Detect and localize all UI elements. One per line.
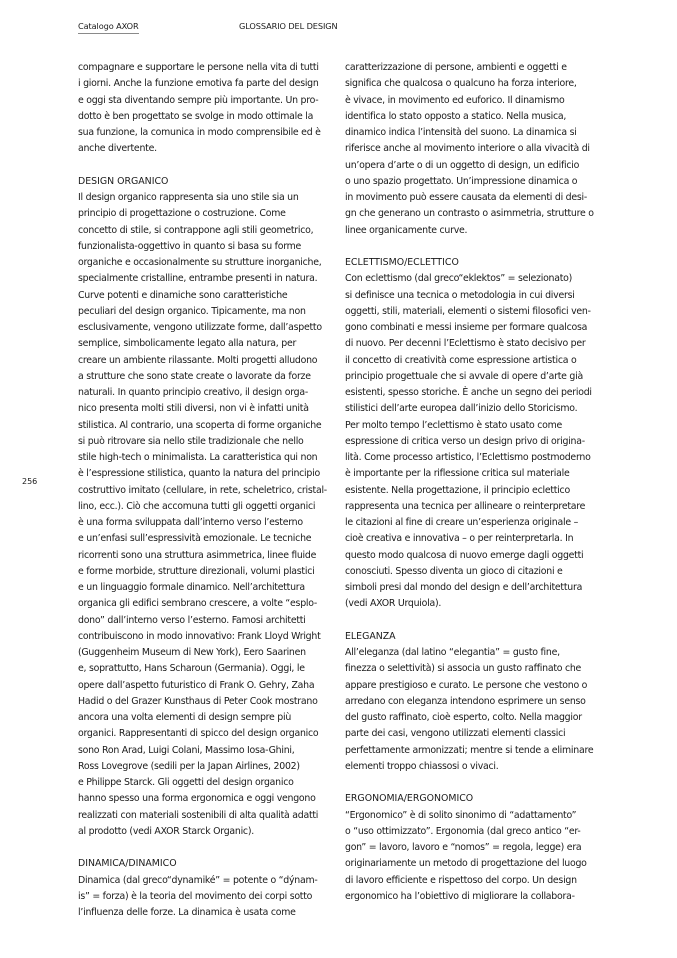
- text-line: espressione di critica verso un design p…: [345, 434, 610, 450]
- text-line: sua funzione, la comunica in modo compre…: [78, 125, 340, 141]
- paragraph-eleganza: All’eleganza (dal latino “elegantia” = g…: [345, 645, 610, 775]
- text-line: gn che generano un contrasto o asimmetri…: [345, 206, 610, 222]
- text-line: organici. Rappresentanti di spicco del d…: [78, 726, 340, 742]
- paragraph-dinamica-continued: caratterizzazione di persone, ambienti e…: [345, 60, 610, 239]
- page-number: 256: [22, 476, 37, 487]
- text-line: elementi troppo chiassosi o vivaci.: [345, 759, 610, 775]
- text-line: ancora una volta elementi di design semp…: [78, 710, 340, 726]
- text-line: è l’espressione stilistica, quanto la na…: [78, 466, 340, 482]
- text-line: organiche e occasionalmente su strutture…: [78, 255, 340, 271]
- text-line: un’opera d’arte o di un oggetto di desig…: [345, 158, 610, 174]
- text-line: conosciuti. Spesso diventa un gioco di c…: [345, 564, 610, 580]
- text-line: oggetti, stili, materiali, elementi o si…: [345, 304, 610, 320]
- text-line: e un’enfasi sull’espressività emozionale…: [78, 531, 340, 547]
- text-line: naturali. In quanto principio creativo, …: [78, 385, 340, 401]
- left-column: compagnare e supportare le persone nella…: [78, 60, 340, 921]
- text-line: arredano con eleganza intendono esprimer…: [345, 694, 610, 710]
- text-line: stilistica. Al contrario, una scoperta d…: [78, 418, 340, 434]
- paragraph-design-organico: Il design organico rappresenta sia uno s…: [78, 190, 340, 840]
- text-line: e un linguaggio formale dinamico. Nell’a…: [78, 580, 340, 596]
- text-line: is” = forza) è la teoria del movimento d…: [78, 889, 340, 905]
- text-line: (vedi AXOR Urquiola).: [345, 596, 610, 612]
- text-line: in movimento può essere causata da eleme…: [345, 190, 610, 206]
- text-line: hanno spesso una forma ergonomica e oggi…: [78, 791, 340, 807]
- text-line: sono Ron Arad, Luigi Colani, Massimo Ios…: [78, 743, 340, 759]
- text-line: del gusto raffinato, cioè esperto, colto…: [345, 710, 610, 726]
- text-line: Curve potenti e dinamiche sono caratteri…: [78, 288, 340, 304]
- right-column: caratterizzazione di persone, ambienti e…: [345, 60, 610, 905]
- text-line: lità. Come processo artistico, l’Ecletti…: [345, 450, 610, 466]
- text-line: e forme morbide, strutture direzionali, …: [78, 564, 340, 580]
- text-line: nico presenta molti stili diversi, non v…: [78, 401, 340, 417]
- text-line: specialmente cristalline, entrambe prese…: [78, 271, 340, 287]
- heading-eleganza: ELEGANZA: [345, 629, 610, 645]
- text-line: Con eclettismo (dal greco“eklektos” = se…: [345, 271, 610, 287]
- heading-eclettismo: ECLETTISMO/ECLETTICO: [345, 255, 610, 271]
- text-line: di nuovo. Per decenni l’Eclettismo è sta…: [345, 336, 610, 352]
- text-line: contribuiscono in modo innovativo: Frank…: [78, 629, 340, 645]
- text-line: opere dall’aspetto futuristico di Frank …: [78, 678, 340, 694]
- text-line: principio di progettazione o costruzione…: [78, 206, 340, 222]
- section-title: GLOSSARIO DEL DESIGN: [239, 21, 338, 32]
- text-line: rappresenta una tecnica per allineare o …: [345, 499, 610, 515]
- text-line: compagnare e supportare le persone nella…: [78, 60, 340, 76]
- text-line: anche divertente.: [78, 141, 340, 157]
- text-line: creare un ambiente rilassante. Molti pro…: [78, 353, 340, 369]
- text-line: linee organicamente curve.: [345, 223, 610, 239]
- text-line: funzionalista-oggettivo in quanto si bas…: [78, 239, 340, 255]
- text-line: dinamico indica l’intensità del suono. L…: [345, 125, 610, 141]
- text-line: esistenti, spesso storiche. È anche un s…: [345, 385, 610, 401]
- text-line: a strutture che sono state create o lavo…: [78, 369, 340, 385]
- text-line: All’eleganza (dal latino “elegantia” = g…: [345, 645, 610, 661]
- text-line: ergonomico ha l’obiettivo di migliorare …: [345, 889, 610, 905]
- text-line: Ross Lovegrove (sedili per la Japan Airl…: [78, 759, 340, 775]
- text-line: realizzati con materiali sostenibili di …: [78, 808, 340, 824]
- text-line: l’influenza delle forze. La dinamica è u…: [78, 905, 340, 921]
- text-line: (Guggenheim Museum di New York), Eero Sa…: [78, 645, 340, 661]
- text-line: originariamente un metodo di progettazio…: [345, 856, 610, 872]
- text-line: costruttivo imitato (cellulare, in rete,…: [78, 483, 340, 499]
- text-line: stile high-tech o minimalista. La caratt…: [78, 450, 340, 466]
- text-line: al prodotto (vedi AXOR Starck Organic).: [78, 824, 340, 840]
- text-line: stilistici dell’arte europea dall’inizio…: [345, 401, 610, 417]
- text-line: riferisce anche al movimento interiore o…: [345, 141, 610, 157]
- text-line: è vivace, in movimento ed euforico. Il d…: [345, 93, 610, 109]
- paragraph-eclettismo: Con eclettismo (dal greco“eklektos” = se…: [345, 271, 610, 612]
- text-line: si definisce una tecnica o metodologia i…: [345, 288, 610, 304]
- text-line: le citazioni al fine di creare un’esperi…: [345, 515, 610, 531]
- text-line: gono combinati e messi insieme per forma…: [345, 320, 610, 336]
- text-line: dono” dall’interno verso l’esterno. Famo…: [78, 613, 340, 629]
- text-line: Per molto tempo l’eclettismo è stato usa…: [345, 418, 610, 434]
- text-line: parte dei casi, vengono utilizzati eleme…: [345, 726, 610, 742]
- text-line: esclusivamente, vengono utilizzate forme…: [78, 320, 340, 336]
- catalog-link[interactable]: Catalogo AXOR: [78, 21, 139, 34]
- text-line: principio progettuale che si avvale di o…: [345, 369, 610, 385]
- intro-paragraph: compagnare e supportare le persone nella…: [78, 60, 340, 158]
- text-line: concetto di stile, si contrappone agli s…: [78, 223, 340, 239]
- text-line: perfettamente armonizzati; mentre si ten…: [345, 743, 610, 759]
- text-line: o “uso ottimizzato”. Ergonomia (dal grec…: [345, 824, 610, 840]
- text-line: identifica lo stato opposto a statico. N…: [345, 109, 610, 125]
- text-line: i giorni. Anche la funzione emotiva fa p…: [78, 76, 340, 92]
- text-line: Dinamica (dal greco“dynamiké” = potente …: [78, 873, 340, 889]
- text-line: lino, ecc.). Ciò che accomuna tutti gli …: [78, 499, 340, 515]
- heading-ergonomia: ERGONOMIA/ERGONOMICO: [345, 791, 610, 807]
- text-line: è importante per la riflessione critica …: [345, 466, 610, 482]
- text-line: e oggi sta diventando sempre più importa…: [78, 93, 340, 109]
- text-line: questo modo qualcosa di nuovo emerge dag…: [345, 548, 610, 564]
- text-line: cioè creativa e innovativa – o per reint…: [345, 531, 610, 547]
- heading-design-organico: DESIGN ORGANICO: [78, 174, 340, 190]
- text-line: “Ergonomico” è di solito sinonimo di “ad…: [345, 808, 610, 824]
- text-line: simboli presi dal mondo del design e del…: [345, 580, 610, 596]
- text-line: semplice, simbolicamente legato alla nat…: [78, 336, 340, 352]
- text-line: Il design organico rappresenta sia uno s…: [78, 190, 340, 206]
- text-line: e Philippe Starck. Gli oggetti del desig…: [78, 775, 340, 791]
- text-line: ricorrenti sono una struttura asimmetric…: [78, 548, 340, 564]
- text-line: o uno spazio progettato. Un’impressione …: [345, 174, 610, 190]
- text-line: organica gli edifici sembrano crescere, …: [78, 596, 340, 612]
- heading-dinamica: DINAMICA/DINAMICO: [78, 856, 340, 872]
- text-line: finezza o selettività) si associa un gus…: [345, 661, 610, 677]
- text-line: di lavoro efficiente e rispettoso del co…: [345, 873, 610, 889]
- text-line: Hadid o del Grazer Kunsthaus di Peter Co…: [78, 694, 340, 710]
- text-line: significa che qualcosa o qualcuno ha for…: [345, 76, 610, 92]
- text-line: appare prestigioso e curato. Le persone …: [345, 678, 610, 694]
- text-line: caratterizzazione di persone, ambienti e…: [345, 60, 610, 76]
- text-line: il concetto di creatività come espressio…: [345, 353, 610, 369]
- paragraph-ergonomia: “Ergonomico” è di solito sinonimo di “ad…: [345, 808, 610, 906]
- paragraph-dinamica: Dinamica (dal greco“dynamiké” = potente …: [78, 873, 340, 922]
- text-line: e, soprattutto, Hans Scharoun (Germania)…: [78, 661, 340, 677]
- text-line: si può ritrovare sia nello stile tradizi…: [78, 434, 340, 450]
- text-line: dotto è ben progettato se svolge in modo…: [78, 109, 340, 125]
- text-line: gon” = lavoro, lavoro e “nomos” = regola…: [345, 840, 610, 856]
- text-line: è una forma sviluppata dall’interno vers…: [78, 515, 340, 531]
- text-line: peculiari del design organico. Tipicamen…: [78, 304, 340, 320]
- text-line: esistente. Nella progettazione, il princ…: [345, 483, 610, 499]
